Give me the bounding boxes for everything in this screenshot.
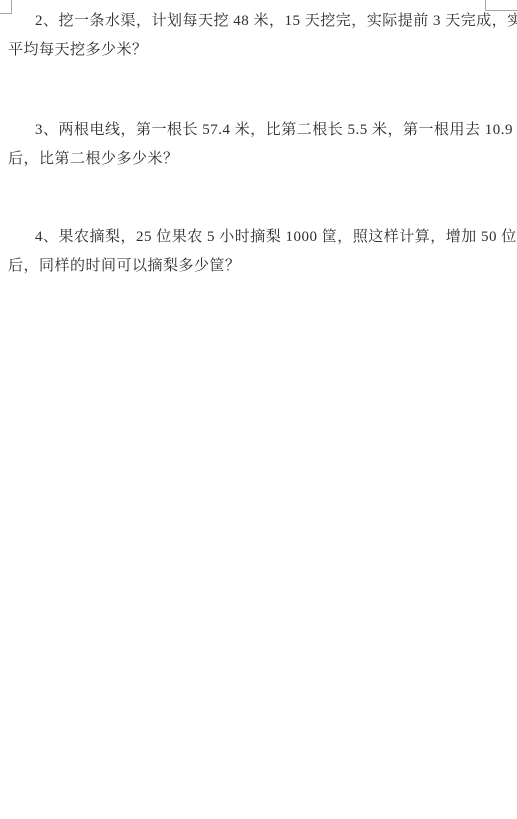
problem-4-line-2: 后，同样的时间可以摘梨多少筐？ (8, 252, 510, 281)
math-problem-2: 2、挖一条水渠，计划每天挖 48 米，15 天挖完，实际提前 3 天完成，实际 … (8, 7, 510, 65)
problem-4-line-1: 4、果农摘梨，25 位果农 5 小时摘梨 1000 筐，照这样计算，增加 50 … (8, 223, 510, 252)
problem-2-line-2: 平均每天挖多少米？ (8, 36, 510, 65)
problem-3-line-2: 后，比第二根少多少米？ (8, 145, 510, 174)
math-problem-4: 4、果农摘梨，25 位果农 5 小时摘梨 1000 筐，照这样计算，增加 50 … (8, 223, 510, 281)
document-page: 2、挖一条水渠，计划每天挖 48 米，15 天挖完，实际提前 3 天完成，实际 … (0, 0, 517, 819)
math-problem-3: 3、两根电线，第一根长 57.4 米，比第二根长 5.5 米，第一根用去 10.… (8, 116, 510, 174)
problem-2-line-1: 2、挖一条水渠，计划每天挖 48 米，15 天挖完，实际提前 3 天完成，实际 (8, 7, 510, 36)
problem-3-line-1: 3、两根电线，第一根长 57.4 米，比第二根长 5.5 米，第一根用去 10.… (8, 116, 510, 145)
